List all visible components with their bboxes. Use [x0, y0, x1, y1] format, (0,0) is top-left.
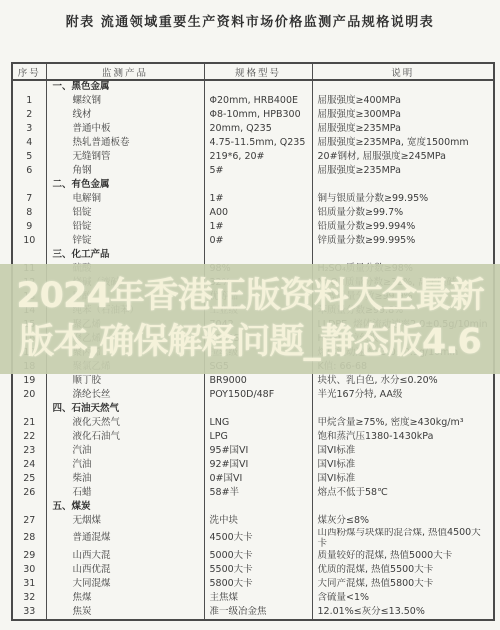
spec-cell: 准一级冶金焦: [204, 606, 312, 620]
product-cell: 普通混煤: [46, 528, 204, 550]
product-cell: 角钢: [46, 164, 204, 178]
desc-cell: 半光167分特, AA级: [312, 388, 494, 402]
desc-cell: 锌质量分数≥99.995%: [312, 234, 494, 248]
spec-cell: [204, 178, 312, 192]
spec-cell: 5#: [204, 164, 312, 178]
desc-cell: 国VI标准: [312, 472, 494, 486]
row-number-cell: 25: [12, 472, 46, 486]
product-cell: 热轧普通板卷: [46, 136, 204, 150]
desc-cell: 屈服强度≥235MPa: [312, 122, 494, 136]
row-number-cell: 6: [12, 164, 46, 178]
col-header-desc: 说明: [312, 63, 494, 80]
product-cell: 铅锭: [46, 220, 204, 234]
row-number-cell: 32: [12, 592, 46, 606]
spec-cell: 95#国VI: [204, 444, 312, 458]
table-row: 2线材Φ8-10mm, HPB300屈服强度≥300MPa: [12, 108, 494, 122]
row-number-cell: 8: [12, 206, 46, 220]
table-row: 3普通中板20mm, Q235屈服强度≥235MPa: [12, 122, 494, 136]
spec-cell: [204, 500, 312, 514]
spec-cell: 0#国VI: [204, 472, 312, 486]
product-cell: 山西优混: [46, 564, 204, 578]
spec-cell: [204, 402, 312, 416]
desc-cell: 屈服强度≥300MPa: [312, 108, 494, 122]
spec-cell: 4500大卡: [204, 528, 312, 550]
row-number-cell: [12, 500, 46, 514]
table-row: 19顺丁胶BR9000块状、乳白色, 水分≤0.20%: [12, 374, 494, 388]
table-row: 24汽油92#国VI国VI标准: [12, 458, 494, 472]
product-cell: 焦煤: [46, 592, 204, 606]
table-row: 29山西大混5000大卡质量较好的混煤, 热值5000大卡: [12, 550, 494, 564]
category-row: 一、黑色金属: [12, 80, 494, 94]
col-header-spec: 规格型号: [204, 63, 312, 80]
table-row: 22液化石油气LPG饱和蒸汽压1380-1430kPa: [12, 430, 494, 444]
page-title: 附表 流通领域重要生产资料市场价格监测产品规格说明表: [0, 11, 500, 30]
spec-cell: LPG: [204, 430, 312, 444]
spec-cell: 92#国VI: [204, 458, 312, 472]
product-cell: 柴油: [46, 472, 204, 486]
table-row: 30山西优混5500大卡优质的混煤, 热值5500大卡: [12, 564, 494, 578]
product-cell: 山西大混: [46, 550, 204, 564]
spec-cell: Φ20mm, HRB400E: [204, 94, 312, 108]
spec-cell: 1#: [204, 192, 312, 206]
category-row: 五、煤炭: [12, 500, 494, 514]
desc-cell: 熔点不低于58℃: [312, 486, 494, 500]
category-label: 五、煤炭: [46, 500, 204, 514]
spec-cell: [204, 80, 312, 94]
row-number-cell: 20: [12, 388, 46, 402]
product-cell: 普通中板: [46, 122, 204, 136]
col-header-product: 监测产品: [46, 63, 204, 80]
spec-cell: 主焦煤: [204, 592, 312, 606]
table-row: 28普通混煤4500大卡山西粉煤与块煤的混合煤, 热值4500大卡: [12, 528, 494, 550]
row-number-cell: 24: [12, 458, 46, 472]
table-row: 7电解铜1#铜与银质量分数≥99.95%: [12, 192, 494, 206]
product-cell: 螺纹钢: [46, 94, 204, 108]
product-cell: 液化天然气: [46, 416, 204, 430]
desc-cell: 质量较好的混煤, 热值5000大卡: [312, 550, 494, 564]
row-number-cell: [12, 402, 46, 416]
desc-cell: 大同产混煤, 热值5800大卡: [312, 578, 494, 592]
product-cell: 焦炭: [46, 606, 204, 620]
desc-cell: 屈服强度≥400MPa: [312, 94, 494, 108]
row-number-cell: 3: [12, 122, 46, 136]
row-number-cell: 10: [12, 234, 46, 248]
product-cell: 无缝钢管: [46, 150, 204, 164]
desc-cell: 铜与银质量分数≥99.95%: [312, 192, 494, 206]
row-number-cell: 26: [12, 486, 46, 500]
document-page: 附表 流通领域重要生产资料市场价格监测产品规格说明表 序号 监测产品 规格型号 …: [0, 0, 500, 630]
table-row: 21液化天然气LNG甲烷含量≥75%, 密度≥430kg/m³: [12, 416, 494, 430]
desc-cell: 含硫量<1%: [312, 592, 494, 606]
product-cell: 铝锭: [46, 206, 204, 220]
product-cell: 无烟煤: [46, 514, 204, 528]
table-row: 26石蜡58#半熔点不低于58℃: [12, 486, 494, 500]
row-number-cell: [12, 80, 46, 94]
desc-cell: 甲烷含量≥75%, 密度≥430kg/m³: [312, 416, 494, 430]
table-row: 9铅锭1#铅质量分数≥99.994%: [12, 220, 494, 234]
table-row: 4热轧普通板卷4.75-11.5mm, Q235屈服强度≥235MPa, 宽度1…: [12, 136, 494, 150]
row-number-cell: 28: [12, 528, 46, 550]
spec-cell: 0#: [204, 234, 312, 248]
desc-cell: 优质的混煤, 热值5500大卡: [312, 564, 494, 578]
spec-cell: 20mm, Q235: [204, 122, 312, 136]
row-number-cell: 4: [12, 136, 46, 150]
spec-cell: 5800大卡: [204, 578, 312, 592]
spec-cell: 219*6, 20#: [204, 150, 312, 164]
product-cell: 汽油: [46, 458, 204, 472]
row-number-cell: 19: [12, 374, 46, 388]
row-number-cell: 29: [12, 550, 46, 564]
spec-cell: POY150D/48F: [204, 388, 312, 402]
desc-cell: [312, 80, 494, 94]
product-cell: 大同混煤: [46, 578, 204, 592]
desc-cell: 饱和蒸汽压1380-1430kPa: [312, 430, 494, 444]
category-row: 四、石油天然气: [12, 402, 494, 416]
product-cell: 电解铜: [46, 192, 204, 206]
row-number-cell: 22: [12, 430, 46, 444]
product-cell: 涤纶长丝: [46, 388, 204, 402]
spec-cell: BR9000: [204, 374, 312, 388]
row-number-cell: 9: [12, 220, 46, 234]
row-number-cell: 23: [12, 444, 46, 458]
row-number-cell: 33: [12, 606, 46, 620]
table-row: 10锌锭0#锌质量分数≥99.995%: [12, 234, 494, 248]
desc-cell: 块状、乳白色, 水分≤0.20%: [312, 374, 494, 388]
watermark-line-1: 2024年香港正版资料大全最新: [16, 273, 483, 319]
desc-cell: 国VI标准: [312, 458, 494, 472]
desc-cell: 铅质量分数≥99.994%: [312, 220, 494, 234]
category-label: 三、化工产品: [46, 248, 204, 262]
product-cell: 顺丁胶: [46, 374, 204, 388]
product-cell: 线材: [46, 108, 204, 122]
desc-cell: 20#钢材, 屈服强度≥245MPa: [312, 150, 494, 164]
spec-cell: 4.75-11.5mm, Q235: [204, 136, 312, 150]
desc-cell: 国VI标准: [312, 444, 494, 458]
category-label: 一、黑色金属: [46, 80, 204, 94]
category-label: 四、石油天然气: [46, 402, 204, 416]
desc-cell: 屈服强度≥235MPa, 宽度1500mm: [312, 136, 494, 150]
table-row: 20涤纶长丝POY150D/48F半光167分特, AA级: [12, 388, 494, 402]
desc-cell: 煤灰分≤8%: [312, 514, 494, 528]
product-cell: 液化石油气: [46, 430, 204, 444]
table-row: 33焦炭准一级冶金焦12.01%≤灰分≤13.50%: [12, 606, 494, 620]
desc-cell: 12.01%≤灰分≤13.50%: [312, 606, 494, 620]
desc-cell: [312, 178, 494, 192]
product-cell: 汽油: [46, 444, 204, 458]
category-row: 二、有色金属: [12, 178, 494, 192]
table-row: 6角钢5#屈服强度≥235MPa: [12, 164, 494, 178]
watermark-line-2: 版本,确保解释问题_静态版4.6: [19, 319, 481, 365]
desc-cell: [312, 402, 494, 416]
row-number-cell: 2: [12, 108, 46, 122]
product-cell: 石蜡: [46, 486, 204, 500]
row-number-cell: [12, 178, 46, 192]
spec-cell: 5000大卡: [204, 550, 312, 564]
desc-cell: [312, 248, 494, 262]
desc-cell: 铝质量分数≥99.7%: [312, 206, 494, 220]
desc-cell: [312, 500, 494, 514]
spec-cell: LNG: [204, 416, 312, 430]
row-number-cell: 31: [12, 578, 46, 592]
spec-cell: 5500大卡: [204, 564, 312, 578]
spec-cell: 1#: [204, 220, 312, 234]
table-row: 27无烟煤洗中块煤灰分≤8%: [12, 514, 494, 528]
spec-cell: A00: [204, 206, 312, 220]
table-row: 31大同混煤5800大卡大同产混煤, 热值5800大卡: [12, 578, 494, 592]
product-cell: 锌锭: [46, 234, 204, 248]
row-number-cell: [12, 248, 46, 262]
row-number-cell: 27: [12, 514, 46, 528]
row-number-cell: 30: [12, 564, 46, 578]
desc-cell: 山西粉煤与块煤的混合煤, 热值4500大卡: [312, 528, 494, 550]
desc-cell: 屈服强度≥235MPa: [312, 164, 494, 178]
row-number-cell: 21: [12, 416, 46, 430]
table-row: 1螺纹钢Φ20mm, HRB400E屈服强度≥400MPa: [12, 94, 494, 108]
row-number-cell: 1: [12, 94, 46, 108]
table-row: 32焦煤主焦煤含硫量<1%: [12, 592, 494, 606]
row-number-cell: 5: [12, 150, 46, 164]
spec-cell: 洗中块: [204, 514, 312, 528]
watermark-overlay: 2024年香港正版资料大全最新 版本,确保解释问题_静态版4.6: [0, 264, 500, 374]
table-row: 23汽油95#国VI国VI标准: [12, 444, 494, 458]
category-row: 三、化工产品: [12, 248, 494, 262]
table-row: 25柴油0#国VI国VI标准: [12, 472, 494, 486]
spec-cell: 58#半: [204, 486, 312, 500]
spec-cell: [204, 248, 312, 262]
table-row: 5无缝钢管219*6, 20#20#钢材, 屈服强度≥245MPa: [12, 150, 494, 164]
row-number-cell: 7: [12, 192, 46, 206]
table-header-row: 序号 监测产品 规格型号 说明: [12, 63, 494, 80]
category-label: 二、有色金属: [46, 178, 204, 192]
col-header-no: 序号: [12, 63, 46, 80]
table-row: 8铝锭A00铝质量分数≥99.7%: [12, 206, 494, 220]
spec-cell: Φ8-10mm, HPB300: [204, 108, 312, 122]
